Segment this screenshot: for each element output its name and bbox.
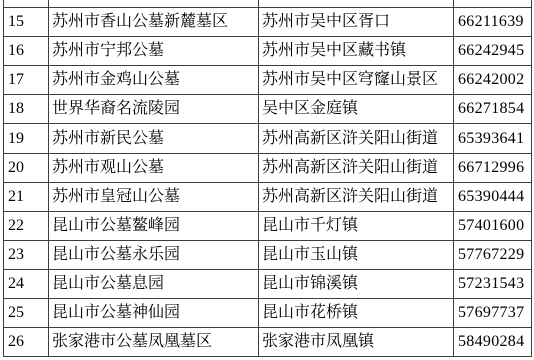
table-body: 15苏州市香山公墓新麓墓区苏州市吴中区胥口6621163916苏州市宁邦公墓苏州… — [4, 0, 532, 357]
cell-index: 20 — [4, 153, 49, 182]
cell-name: 昆山市公墓鳌峰园 — [49, 211, 259, 240]
cell-name: 苏州市金鸡山公墓 — [49, 66, 259, 95]
cutoff-cell — [49, 0, 259, 8]
cell-phone: 57401600 — [454, 211, 532, 240]
cell-phone: 66242945 — [454, 37, 532, 66]
table-row: 19苏州市新民公墓苏州高新区浒关阳山街道65393641 — [4, 124, 532, 153]
cell-name: 苏州市观山公墓 — [49, 153, 259, 182]
cell-name: 昆山市公墓神仙园 — [49, 299, 259, 328]
cell-location: 昆山市花桥镇 — [259, 299, 454, 328]
cell-index: 17 — [4, 66, 49, 95]
table-row: 15苏州市香山公墓新麓墓区苏州市吴中区胥口66211639 — [4, 8, 532, 37]
cell-phone: 57231543 — [454, 269, 532, 298]
cell-index: 16 — [4, 37, 49, 66]
cell-name: 苏州市新民公墓 — [49, 124, 259, 153]
cell-location: 苏州高新区浒关阳山街道 — [259, 124, 454, 153]
table-row: 25昆山市公墓神仙园昆山市花桥镇57697737 — [4, 299, 532, 328]
table-row: 23昆山市公墓永乐园昆山市玉山镇57767229 — [4, 240, 532, 269]
page: 15苏州市香山公墓新麓墓区苏州市吴中区胥口6621163916苏州市宁邦公墓苏州… — [0, 0, 534, 360]
cell-index: 24 — [4, 269, 49, 298]
cell-name: 昆山市公墓永乐园 — [49, 240, 259, 269]
cutoff-cell — [4, 0, 49, 8]
table-row: 24昆山市公墓息园昆山市锦溪镇57231543 — [4, 269, 532, 298]
cell-location: 昆山市千灯镇 — [259, 211, 454, 240]
cell-index: 18 — [4, 95, 49, 124]
cell-name: 世界华裔名流陵园 — [49, 95, 259, 124]
cell-phone: 57767229 — [454, 240, 532, 269]
cell-location: 昆山市锦溪镇 — [259, 269, 454, 298]
table-row: 20苏州市观山公墓苏州高新区浒关阳山街道66712996 — [4, 153, 532, 182]
cemetery-table: 15苏州市香山公墓新麓墓区苏州市吴中区胥口6621163916苏州市宁邦公墓苏州… — [3, 0, 532, 357]
cell-phone: 57697737 — [454, 299, 532, 328]
cell-location: 张家港市凤凰镇 — [259, 328, 454, 357]
cell-name: 张家港市公墓凤凰墓区 — [49, 328, 259, 357]
cutoff-row — [4, 0, 532, 8]
cell-location: 苏州高新区浒关阳山街道 — [259, 182, 454, 211]
table-row: 18世界华裔名流陵园吴中区金庭镇66271854 — [4, 95, 532, 124]
table-row: 21苏州市皇冠山公墓苏州高新区浒关阳山街道65390444 — [4, 182, 532, 211]
cell-phone: 66271854 — [454, 95, 532, 124]
cell-phone: 58490284 — [454, 328, 532, 357]
table-row: 26张家港市公墓凤凰墓区张家港市凤凰镇58490284 — [4, 328, 532, 357]
cell-index: 25 — [4, 299, 49, 328]
cell-index: 22 — [4, 211, 49, 240]
cell-index: 21 — [4, 182, 49, 211]
cell-name: 苏州市皇冠山公墓 — [49, 182, 259, 211]
table-row: 22昆山市公墓鳌峰园昆山市千灯镇57401600 — [4, 211, 532, 240]
cell-name: 昆山市公墓息园 — [49, 269, 259, 298]
cell-phone: 66242002 — [454, 66, 532, 95]
cell-location: 昆山市玉山镇 — [259, 240, 454, 269]
cutoff-cell — [454, 0, 532, 8]
table-row: 17苏州市金鸡山公墓苏州市吴中区穹窿山景区66242002 — [4, 66, 532, 95]
cell-phone: 66712996 — [454, 153, 532, 182]
cell-phone: 66211639 — [454, 8, 532, 37]
cell-location: 苏州市吴中区胥口 — [259, 8, 454, 37]
cell-name: 苏州市香山公墓新麓墓区 — [49, 8, 259, 37]
cell-location: 苏州市吴中区穹窿山景区 — [259, 66, 454, 95]
cell-location: 吴中区金庭镇 — [259, 95, 454, 124]
cell-index: 15 — [4, 8, 49, 37]
cell-location: 苏州市吴中区藏书镇 — [259, 37, 454, 66]
cell-name: 苏州市宁邦公墓 — [49, 37, 259, 66]
cell-index: 19 — [4, 124, 49, 153]
cell-index: 26 — [4, 328, 49, 357]
cell-index: 23 — [4, 240, 49, 269]
cell-phone: 65393641 — [454, 124, 532, 153]
table-row: 16苏州市宁邦公墓苏州市吴中区藏书镇66242945 — [4, 37, 532, 66]
cell-location: 苏州高新区浒关阳山街道 — [259, 153, 454, 182]
cutoff-cell — [259, 0, 454, 8]
cell-phone: 65390444 — [454, 182, 532, 211]
